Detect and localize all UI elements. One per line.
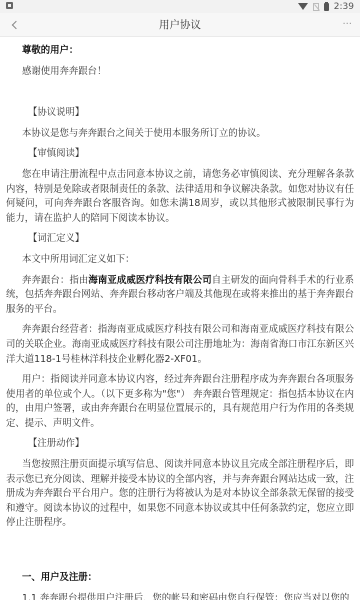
definition-platform-prefix: 奔奔跟台：指由 xyxy=(22,275,88,286)
registration-text: 当您按照注册页面提示填写信息、阅读并同意本协议且完成全部注册程序后，即表示您已充… xyxy=(6,458,354,531)
page-title: 用户协议 xyxy=(0,17,360,32)
definitions-intro: 本文中所用词汇定义如下： xyxy=(22,253,354,268)
notification-icon xyxy=(6,2,13,9)
company-name: 海南亚成威医疗科技有限公司 xyxy=(88,275,211,286)
chapter-title: 一、用户及注册： xyxy=(22,571,354,586)
back-button[interactable] xyxy=(8,19,20,31)
chevron-left-icon xyxy=(11,20,19,28)
wifi-icon xyxy=(298,3,308,10)
no-sim-icon xyxy=(313,3,319,11)
definition-user: 用户：指阅读并同意本协议内容，经过奔奔跟台注册程序成为奔奔跟台各项服务使用者的单… xyxy=(6,373,354,431)
definition-operator: 奔奔跟台经营者：指海南亚成威医疗科技有限公司和海南亚成威医疗科技有限公司的关联企… xyxy=(6,323,354,367)
section-tag-registration: 【注册动作】 xyxy=(28,437,354,452)
section-tag-intro: 【协议说明】 xyxy=(28,106,354,121)
definition-platform: 奔奔跟台：指由海南亚成威医疗科技有限公司自主研发的面向骨科手术的行业系统，包括奔… xyxy=(6,274,354,318)
section-tag-definitions: 【词汇定义】 xyxy=(28,232,354,247)
section-tag-review: 【审慎阅读】 xyxy=(28,147,354,162)
status-time: 2:39 xyxy=(334,2,354,12)
status-right: 2:39 xyxy=(298,2,354,12)
agreement-content[interactable]: 尊敬的用户： 感谢使用奔奔跟台！ 【协议说明】 本协议是您与奔奔跟台之间关于使用… xyxy=(0,37,360,600)
review-text: 您在申请注册流程中点击同意本协议之前，请您务必审慎阅读、充分理解各条款内容，特别… xyxy=(6,168,354,226)
nav-bar: 用户协议 ··· xyxy=(0,13,360,37)
battery-icon xyxy=(324,3,329,11)
status-bar: 2:39 xyxy=(0,0,360,13)
status-left xyxy=(6,2,13,12)
more-options-button[interactable]: ··· xyxy=(342,20,352,30)
greeting: 尊敬的用户： xyxy=(22,44,354,59)
intro-text: 本协议是您与奔奔跟台之间关于使用本服务所订立的协议。 xyxy=(22,127,354,142)
thanks-text: 感谢使用奔奔跟台！ xyxy=(22,65,354,80)
chapter-item: 1.1 奔奔跟台提供用户注册后，您的帐号和密码由您自行保管；您应当对以您的 xyxy=(6,592,354,600)
